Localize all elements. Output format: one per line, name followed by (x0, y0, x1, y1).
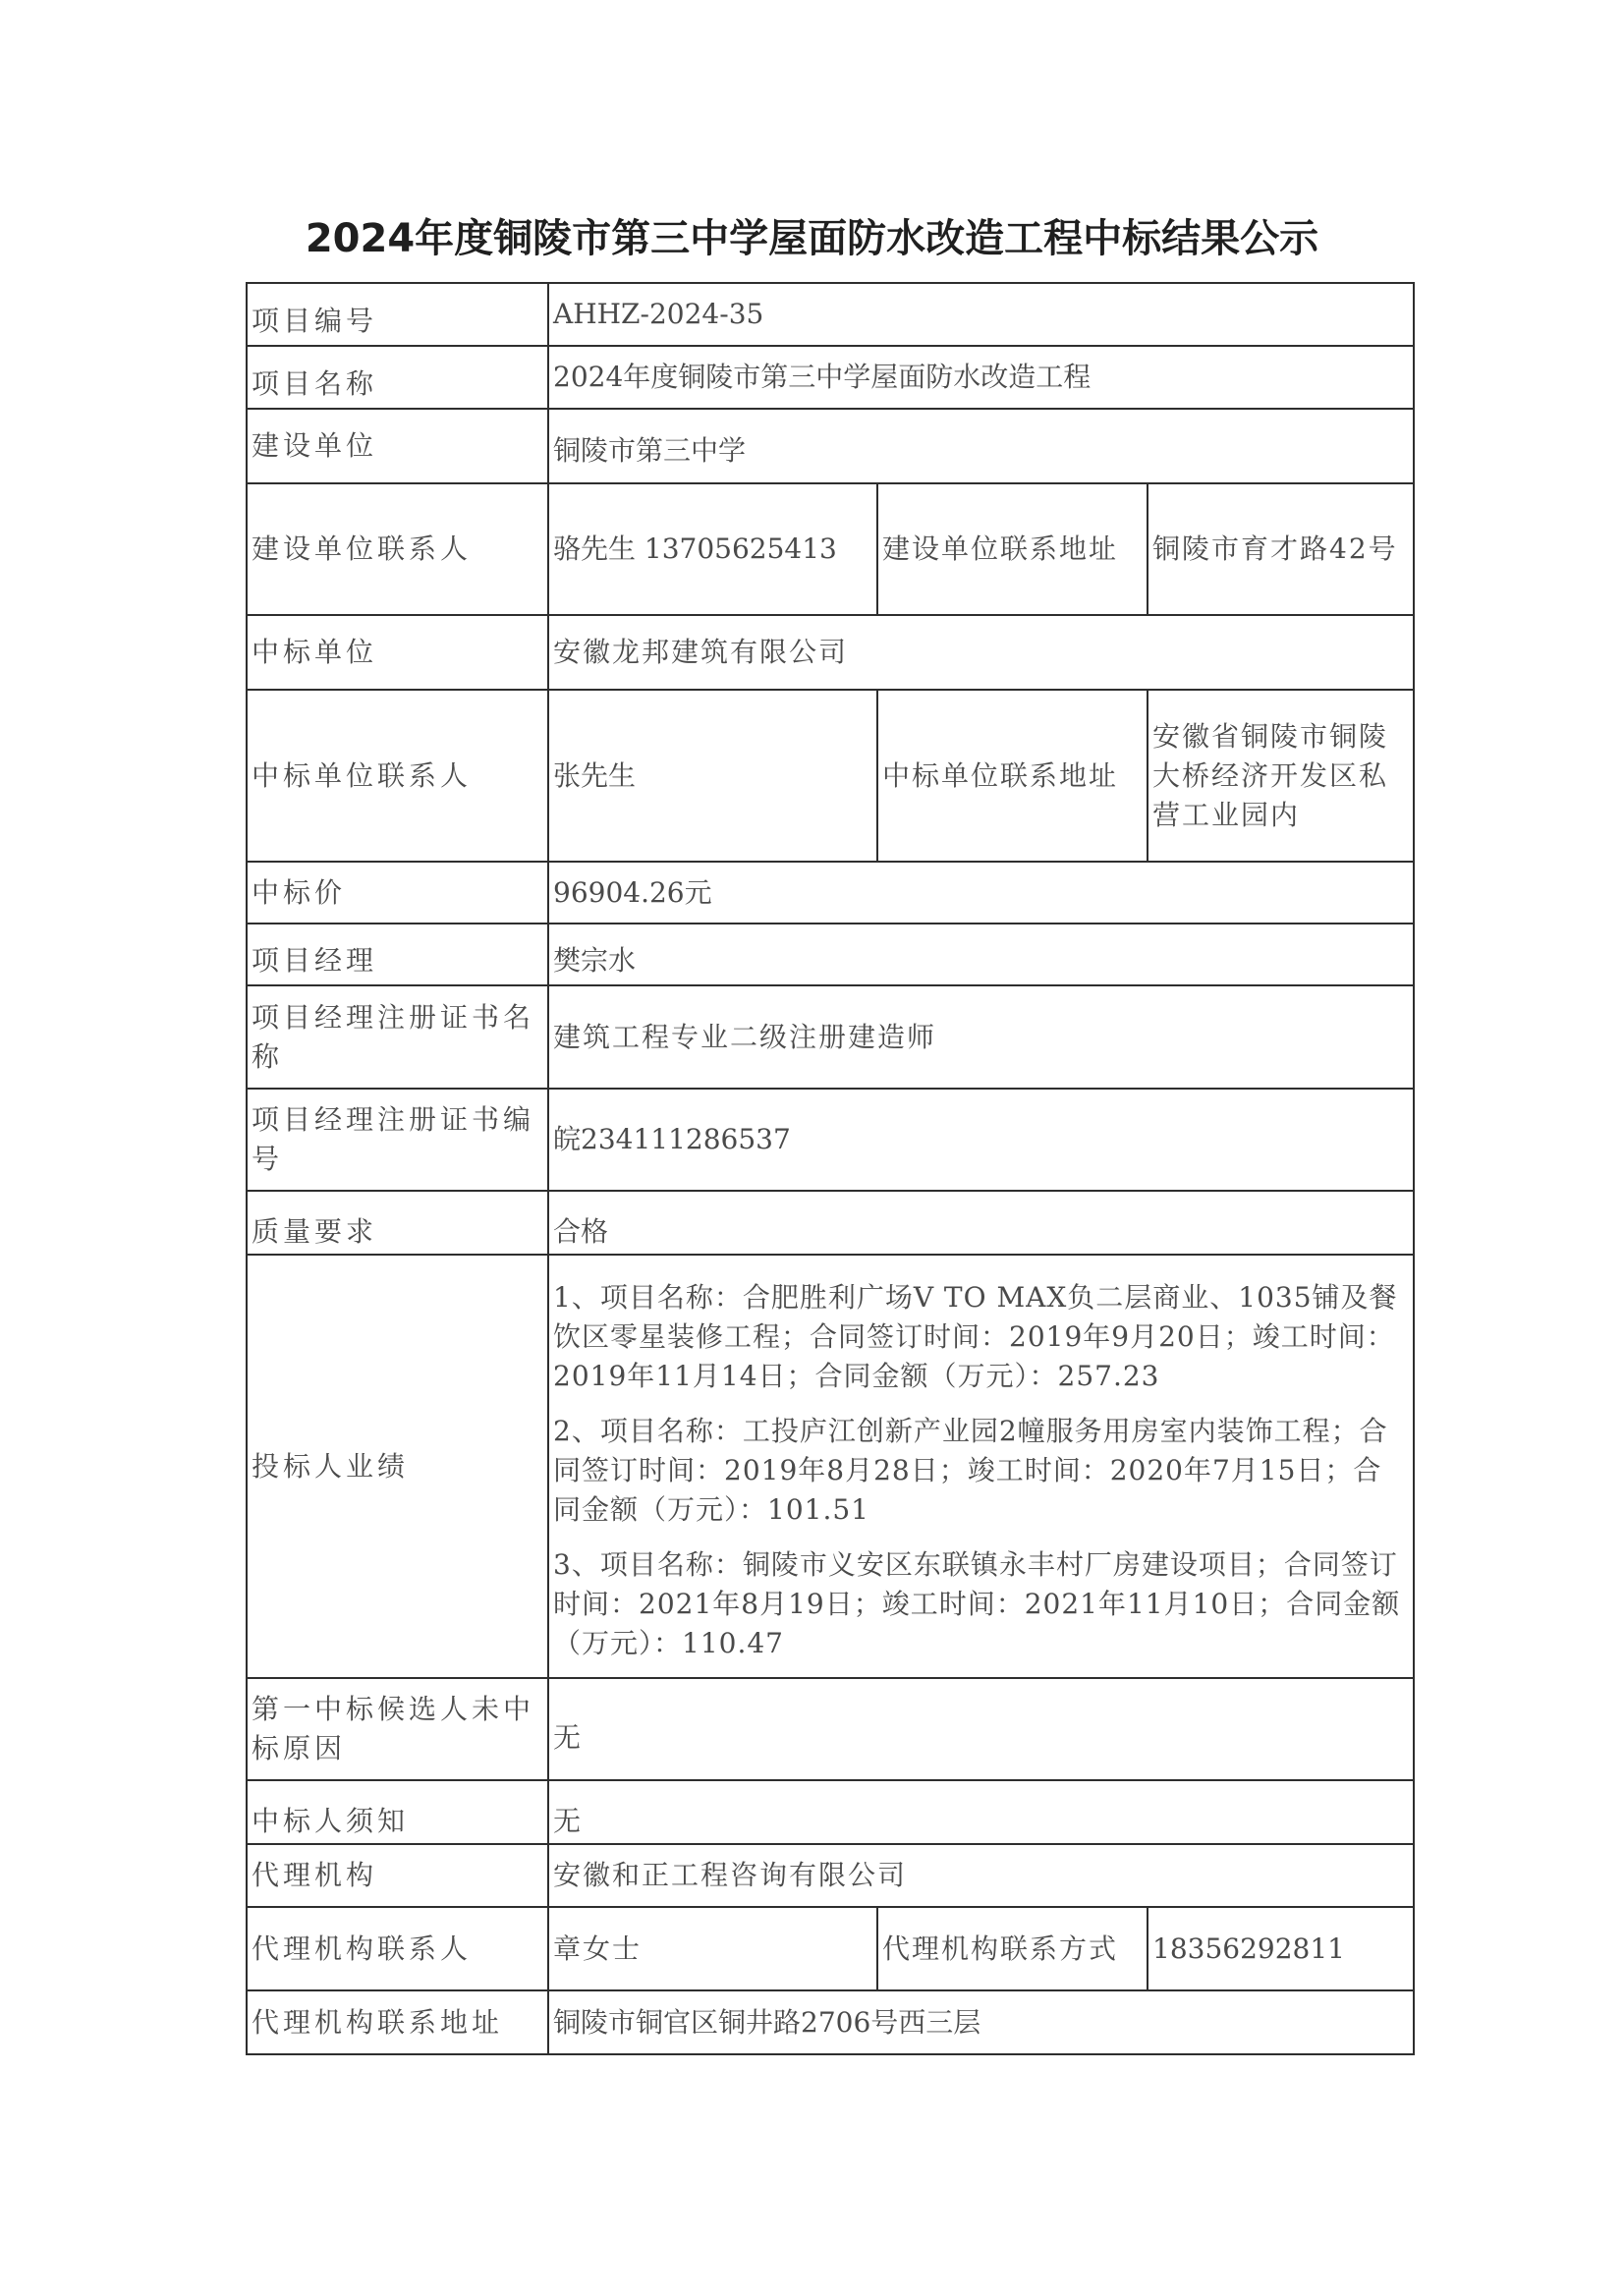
row-agency-address: 代理机构联系地址 铜陵市铜官区铜井路2706号西三层 (247, 1990, 1414, 2054)
agency-label: 代理机构 (247, 1844, 548, 1907)
project-code-value: AHHZ-2024-35 (548, 283, 1414, 346)
owner-address-label: 建设单位联系地址 (877, 483, 1148, 615)
agency-address-label: 代理机构联系地址 (247, 1990, 548, 2054)
agency-phone-label: 代理机构联系方式 (877, 1907, 1148, 1990)
winning-price-value: 96904.26元 (548, 862, 1414, 924)
performance-item: 2、项目名称：工投庐江创新产业园2幢服务用房室内装饰工程；合同签订时间：2019… (553, 1412, 1407, 1530)
owner-label: 建设单位 (247, 409, 548, 483)
agency-contact-value: 章女士 (548, 1907, 877, 1990)
bidder-performance-label: 投标人业绩 (247, 1255, 548, 1678)
row-owner-contact: 建设单位联系人 骆先生 13705625413 建设单位联系地址 铜陵市育才路4… (247, 483, 1414, 615)
owner-contact-label: 建设单位联系人 (247, 483, 548, 615)
row-pm-cert-number: 项目经理注册证书编号 皖234111286537 (247, 1089, 1414, 1191)
row-agency: 代理机构 安徽和正工程咨询有限公司 (247, 1844, 1414, 1907)
row-winner-contact: 中标单位联系人 张先生 中标单位联系地址 安徽省铜陵市铜陵大桥经济开发区私营工业… (247, 690, 1414, 862)
winner-notice-label: 中标人须知 (247, 1780, 548, 1844)
owner-contact-value: 骆先生 13705625413 (548, 483, 877, 615)
quality-value: 合格 (548, 1191, 1414, 1255)
winner-address-label: 中标单位联系地址 (877, 690, 1148, 862)
document-title: 2024年度铜陵市第三中学屋面防水改造工程中标结果公示 (0, 209, 1624, 268)
row-project-code: 项目编号 AHHZ-2024-35 (247, 283, 1414, 346)
first-candidate-reason-label: 第一中标候选人未中标原因 (247, 1678, 548, 1780)
project-code-label: 项目编号 (247, 283, 548, 346)
pm-cert-name-label: 项目经理注册证书名称 (247, 985, 548, 1089)
winner-contact-label: 中标单位联系人 (247, 690, 548, 862)
row-owner: 建设单位 铜陵市第三中学 (247, 409, 1414, 483)
pm-cert-name-value: 建筑工程专业二级注册建造师 (548, 985, 1414, 1089)
project-name-value: 2024年度铜陵市第三中学屋面防水改造工程 (548, 346, 1414, 409)
winner-address-value: 安徽省铜陵市铜陵大桥经济开发区私营工业园内 (1148, 690, 1414, 862)
row-project-manager: 项目经理 樊宗水 (247, 924, 1414, 985)
row-quality: 质量要求 合格 (247, 1191, 1414, 1255)
agency-value: 安徽和正工程咨询有限公司 (548, 1844, 1414, 1907)
owner-value: 铜陵市第三中学 (548, 409, 1414, 483)
bid-result-table: 项目编号 AHHZ-2024-35 项目名称 2024年度铜陵市第三中学屋面防水… (246, 282, 1415, 2055)
quality-label: 质量要求 (247, 1191, 548, 1255)
pm-cert-number-value: 皖234111286537 (548, 1089, 1414, 1191)
row-winner-notice: 中标人须知 无 (247, 1780, 1414, 1844)
winner-notice-value: 无 (548, 1780, 1414, 1844)
agency-contact-label: 代理机构联系人 (247, 1907, 548, 1990)
project-manager-label: 项目经理 (247, 924, 548, 985)
project-name-label: 项目名称 (247, 346, 548, 409)
owner-address-value: 铜陵市育才路42号 (1148, 483, 1414, 615)
winner-label: 中标单位 (247, 615, 548, 690)
winner-contact-value: 张先生 (548, 690, 877, 862)
winner-value: 安徽龙邦建筑有限公司 (548, 615, 1414, 690)
bidder-performance-list: 1、项目名称：合肥胜利广场V TO MAX负二层商业、1035铺及餐饮区零星装修… (548, 1255, 1414, 1678)
agency-address-value: 铜陵市铜官区铜井路2706号西三层 (548, 1990, 1414, 2054)
row-agency-contact: 代理机构联系人 章女士 代理机构联系方式 18356292811 (247, 1907, 1414, 1990)
winning-price-label: 中标价 (247, 862, 548, 924)
row-bidder-performance: 投标人业绩 1、项目名称：合肥胜利广场V TO MAX负二层商业、1035铺及餐… (247, 1255, 1414, 1678)
performance-item: 1、项目名称：合肥胜利广场V TO MAX负二层商业、1035铺及餐饮区零星装修… (553, 1278, 1407, 1396)
row-winner: 中标单位 安徽龙邦建筑有限公司 (247, 615, 1414, 690)
row-project-name: 项目名称 2024年度铜陵市第三中学屋面防水改造工程 (247, 346, 1414, 409)
row-winning-price: 中标价 96904.26元 (247, 862, 1414, 924)
performance-item: 3、项目名称：铜陵市义安区东联镇永丰村厂房建设项目；合同签订时间：2021年8月… (553, 1545, 1407, 1663)
first-candidate-reason-value: 无 (548, 1678, 1414, 1780)
agency-phone-value: 18356292811 (1148, 1907, 1414, 1990)
row-pm-cert-name: 项目经理注册证书名称 建筑工程专业二级注册建造师 (247, 985, 1414, 1089)
pm-cert-number-label: 项目经理注册证书编号 (247, 1089, 548, 1191)
project-manager-value: 樊宗水 (548, 924, 1414, 985)
row-first-candidate-reason: 第一中标候选人未中标原因 无 (247, 1678, 1414, 1780)
